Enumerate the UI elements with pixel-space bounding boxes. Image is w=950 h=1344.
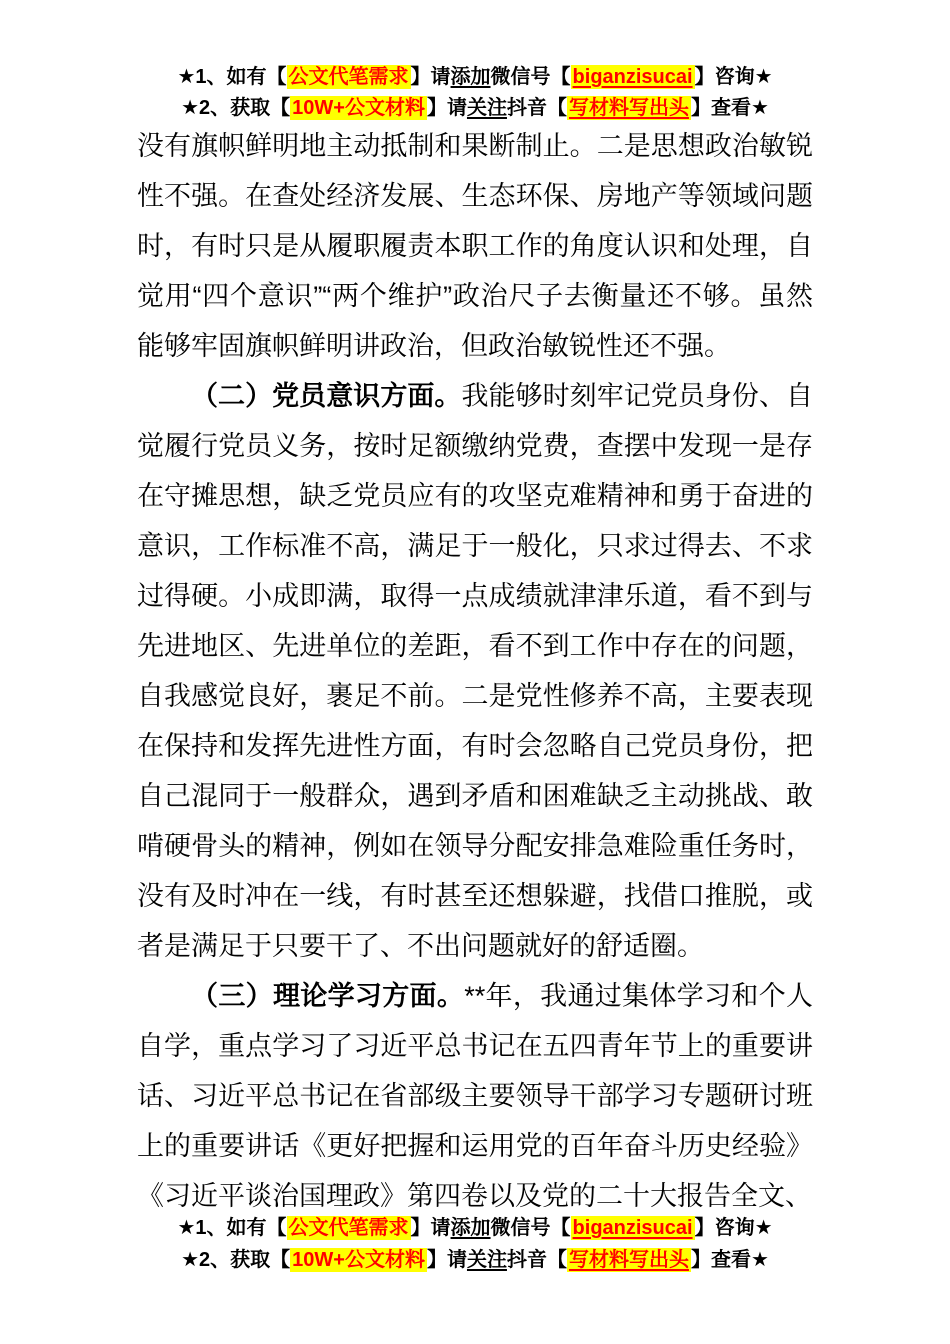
text-segment-highlight-red-underline: 写材料写出头 <box>567 1248 691 1272</box>
paragraph-lead: （三）理论学习方面。 <box>191 981 464 1011</box>
text-segment-underline: 关注 <box>467 1249 507 1271</box>
text-segment-plain: 】请 <box>411 66 451 88</box>
text-segment-plain: 】请 <box>427 1249 467 1271</box>
text-segment-plain: ★2、获取【 <box>181 1249 290 1271</box>
page-footer: ★1、如有【公文代笔需求】请添加微信号【biganzisucai】咨询★ ★2、… <box>0 1212 950 1276</box>
text-segment-highlight-red: 公文代笔需求 <box>287 65 411 89</box>
text-segment-plain: ★1、如有【 <box>177 66 286 88</box>
text-segment-plain: 】咨询★ <box>695 1217 773 1239</box>
text-segment-plain: 】咨询★ <box>695 66 773 88</box>
text-segment-highlight-red-underline: 写材料写出头 <box>567 96 691 120</box>
text-segment-plain: ★2、获取【 <box>181 97 290 119</box>
text-segment-plain: 微信号【 <box>491 66 571 88</box>
text-segment-highlight-red: 10W+公文材料 <box>290 1248 427 1272</box>
text-segment-plain: ★1、如有【 <box>177 1217 286 1239</box>
text-segment-underline: 关注 <box>467 97 507 119</box>
paragraph-lead: （二）党员意识方面。 <box>191 381 461 411</box>
text-segment-highlight-red: 公文代笔需求 <box>287 1216 411 1240</box>
text-segment-plain: 】请 <box>427 97 467 119</box>
page-header: ★1、如有【公文代笔需求】请添加微信号【biganzisucai】咨询★ ★2、… <box>0 62 950 124</box>
footer-line-2: ★2、获取【10W+公文材料】请关注抖音【写材料写出头】查看★ <box>0 1244 950 1276</box>
text-segment-plain: 抖音【 <box>507 97 567 119</box>
text-segment-plain: 】请 <box>411 1217 451 1239</box>
text-segment-underline: 添加 <box>451 1217 491 1239</box>
text-segment-plain: 】查看★ <box>691 97 769 119</box>
document-page: ★1、如有【公文代笔需求】请添加微信号【biganzisucai】咨询★ ★2、… <box>0 0 950 1344</box>
body-paragraph: 没有旗帜鲜明地主动抵制和果断制止。二是思想政治敏锐性不强。在查处经济发展、生态环… <box>137 121 813 371</box>
text-segment-plain: 抖音【 <box>507 1249 567 1271</box>
body-paragraph: （三）理论学习方面。**年，我通过集体学习和个人自学，重点学习了习近平总书记在五… <box>137 971 813 1221</box>
text-segment-plain: 微信号【 <box>491 1217 571 1239</box>
text-segment-underline: 添加 <box>451 66 491 88</box>
text-segment-highlight-red: 10W+公文材料 <box>290 96 427 120</box>
header-line-2: ★2、获取【10W+公文材料】请关注抖音【写材料写出头】查看★ <box>0 93 950 124</box>
header-line-1: ★1、如有【公文代笔需求】请添加微信号【biganzisucai】咨询★ <box>0 62 950 93</box>
body-paragraph: （二）党员意识方面。我能够时刻牢记党员身份、自觉履行党员义务，按时足额缴纳党费，… <box>137 371 813 971</box>
document-body: 没有旗帜鲜明地主动抵制和果断制止。二是思想政治敏锐性不强。在查处经济发展、生态环… <box>137 121 813 1221</box>
text-segment-highlight-red-underline: biganzisucai <box>571 65 695 89</box>
footer-line-1: ★1、如有【公文代笔需求】请添加微信号【biganzisucai】咨询★ <box>0 1212 950 1244</box>
text-segment-plain: 】查看★ <box>691 1249 769 1271</box>
text-segment-highlight-red-underline: biganzisucai <box>571 1216 695 1240</box>
